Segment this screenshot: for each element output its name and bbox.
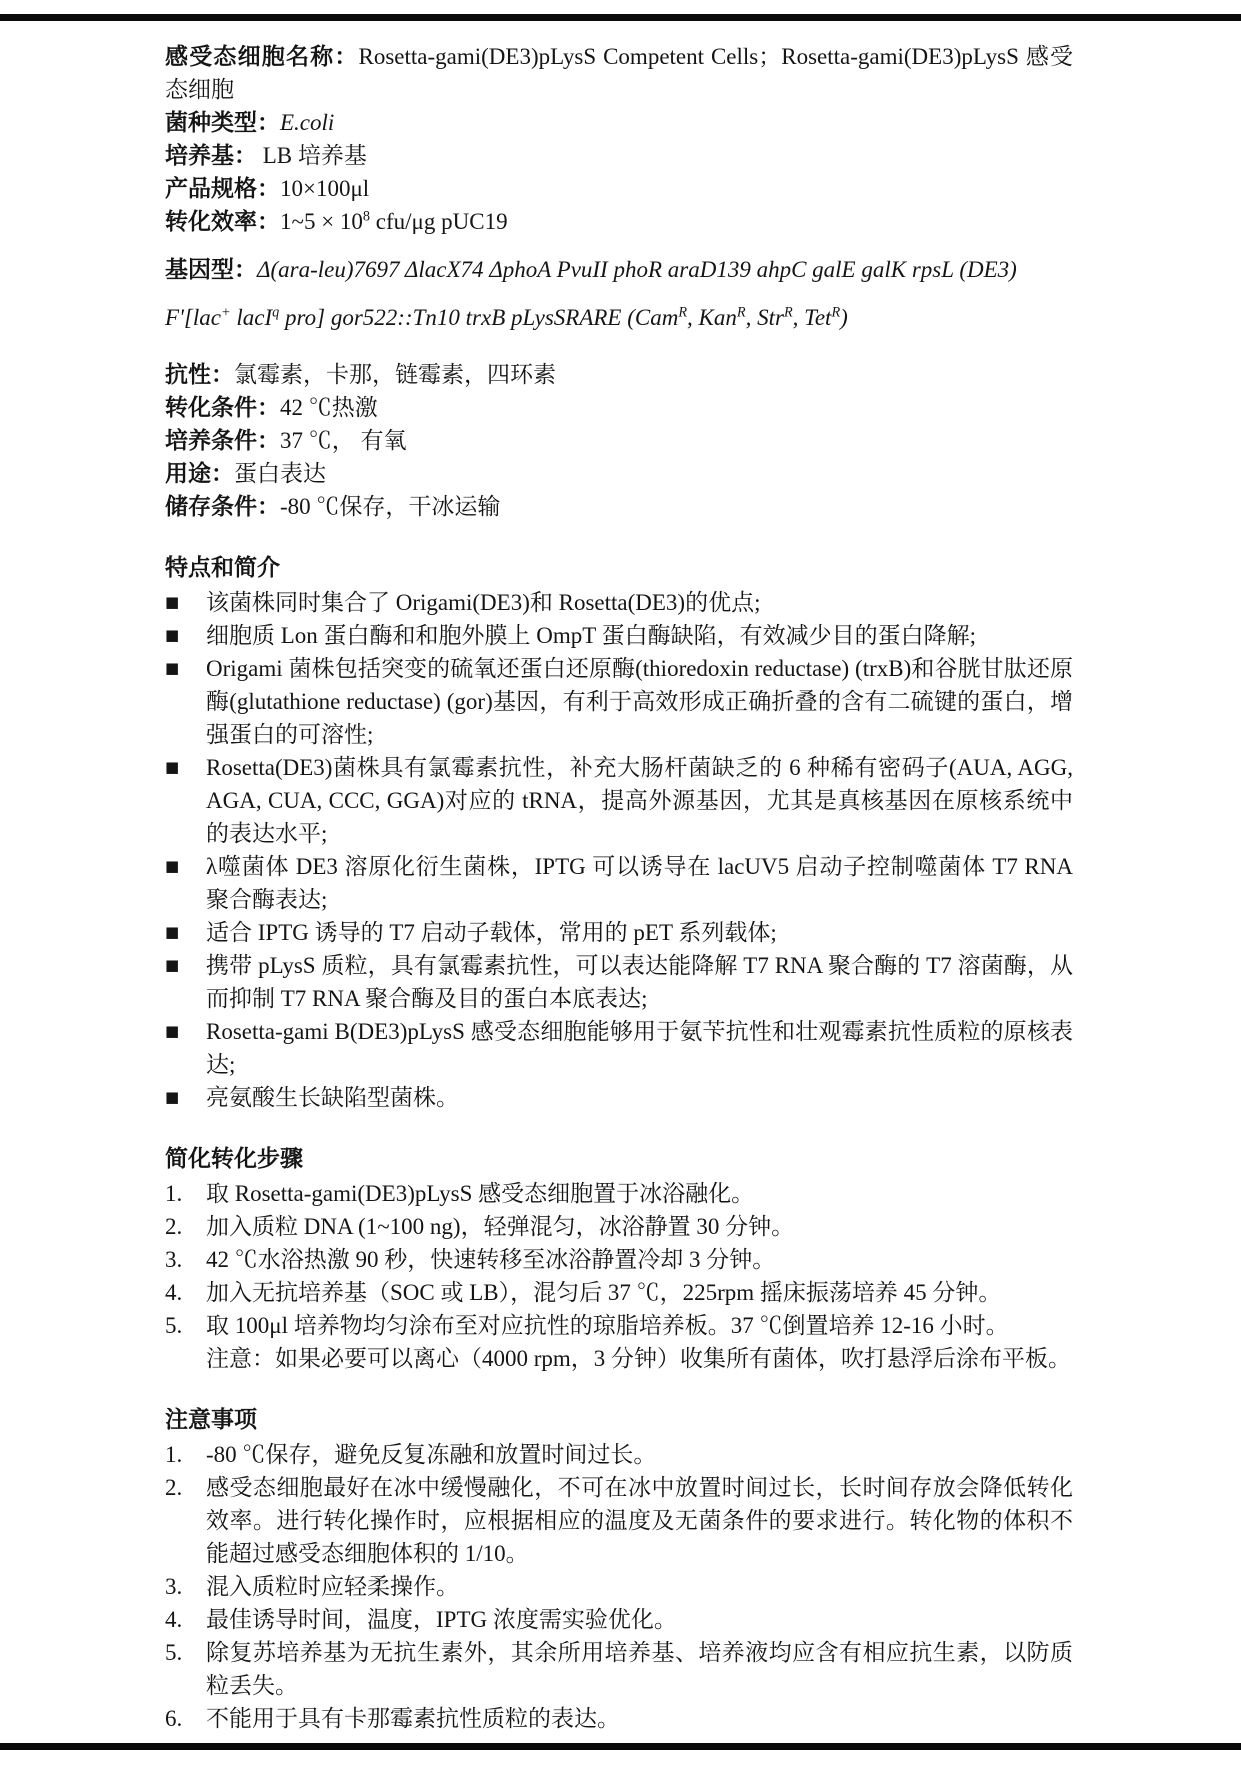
list-item-number: 5. bbox=[165, 1636, 206, 1669]
list-item-text: 感受态细胞最好在冰中缓慢融化，不可在冰中放置时间过长，长时间存放会降低转化效率。… bbox=[206, 1471, 1073, 1570]
feature-item: ■ 该菌株同时集合了 Origami(DE3)和 Rosetta(DE3)的优点… bbox=[165, 586, 1073, 619]
info-field-label: 转化效率： bbox=[165, 208, 280, 234]
feature-item: ■ λ噬菌体 DE3 溶原化衍生菌株，IPTG 可以诱导在 lacUV5 启动子… bbox=[165, 850, 1073, 916]
features-list: ■ 该菌株同时集合了 Origami(DE3)和 Rosetta(DE3)的优点… bbox=[165, 586, 1073, 1114]
bullet-square-icon: ■ bbox=[165, 850, 206, 883]
info-field-value: 1~5 × 108 cfu/μg pUC19 bbox=[280, 209, 508, 234]
info-field: 感受态细胞名称：Rosetta-gami(DE3)pLysS Competent… bbox=[165, 40, 1073, 106]
info-field-value: -80 ℃保存，干冰运输 bbox=[280, 494, 500, 519]
genotype-line2: F'[lac+ lacIq pro] gor522::Tn10 trxB pLy… bbox=[165, 301, 1073, 334]
list-item-number: 1. bbox=[165, 1438, 206, 1471]
steps-list: 1. 取 Rosetta-gami(DE3)pLysS 感受态细胞置于冰浴融化。… bbox=[165, 1177, 1073, 1375]
product-info-top: 感受态细胞名称：Rosetta-gami(DE3)pLysS Competent… bbox=[165, 40, 1073, 238]
info-field: 储存条件：-80 ℃保存，干冰运输 bbox=[165, 490, 1073, 523]
list-item-text: 加入质粒 DNA (1~100 ng)，轻弹混匀，冰浴静置 30 分钟。 bbox=[206, 1210, 1073, 1243]
genotype-field: 基因型：Δ(ara-leu)7697 ΔlacX74 ΔphoA PvuII p… bbox=[165, 253, 1073, 286]
list-item-text: 加入无抗培养基（SOC 或 LB），混匀后 37 ℃，225rpm 摇床振荡培养… bbox=[206, 1276, 1073, 1309]
list-item-number: 3. bbox=[165, 1243, 206, 1276]
list-item-number: 2. bbox=[165, 1471, 206, 1504]
info-field: 产品规格：10×100μl bbox=[165, 172, 1073, 205]
info-field-value: LB 培养基 bbox=[257, 143, 367, 168]
list-item-number: 4. bbox=[165, 1276, 206, 1309]
list-item-number: 4. bbox=[165, 1603, 206, 1636]
list-item-number: 2. bbox=[165, 1210, 206, 1243]
feature-item-text: 携带 pLysS 质粒，具有氯霉素抗性，可以表达能降解 T7 RNA 聚合酶的 … bbox=[206, 949, 1073, 1015]
bullet-square-icon: ■ bbox=[165, 751, 206, 784]
list-item-number: 1. bbox=[165, 1177, 206, 1210]
feature-item-text: 细胞质 Lon 蛋白酶和和胞外膜上 OmpT 蛋白酶缺陷，有效减少目的蛋白降解; bbox=[206, 619, 1073, 652]
list-item: 注意：如果必要可以离心（4000 rpm，3 分钟）收集所有菌体，吹打悬浮后涂布… bbox=[165, 1342, 1073, 1375]
list-item: 6. 不能用于具有卡那霉素抗性质粒的表达。 bbox=[165, 1702, 1073, 1735]
list-item: 5. 除复苏培养基为无抗生素外，其余所用培养基、培养液均应含有相应抗生素，以防质… bbox=[165, 1636, 1073, 1702]
feature-item: ■ Rosetta-gami B(DE3)pLysS 感受态细胞能够用于氨苄抗性… bbox=[165, 1015, 1073, 1081]
genotype-value: Δ(ara-leu)7697 ΔlacX74 ΔphoA PvuII phoR … bbox=[257, 257, 1017, 282]
top-border-rule bbox=[0, 14, 1241, 21]
list-item: 4. 最佳诱导时间，温度，IPTG 浓度需实验优化。 bbox=[165, 1603, 1073, 1636]
list-item: 3. 42 ℃水浴热激 90 秒，快速转移至冰浴静置冷却 3 分钟。 bbox=[165, 1243, 1073, 1276]
section-notes: 注意事项 1. -80 ℃保存，避免反复冻融和放置时间过长。 2. 感受态细胞最… bbox=[165, 1403, 1073, 1735]
info-field: 用途：蛋白表达 bbox=[165, 457, 1073, 490]
feature-item-text: 亮氨酸生长缺陷型菌株。 bbox=[206, 1081, 1073, 1114]
info-field-label: 培养条件： bbox=[165, 427, 280, 453]
bottom-border-rule bbox=[0, 1743, 1241, 1750]
feature-item-text: Rosetta-gami B(DE3)pLysS 感受态细胞能够用于氨苄抗性和壮… bbox=[206, 1015, 1073, 1081]
list-item-text: 混入质粒时应轻柔操作。 bbox=[206, 1570, 1073, 1603]
document-page: 感受态细胞名称：Rosetta-gami(DE3)pLysS Competent… bbox=[0, 0, 1241, 1765]
list-item: 5. 取 100μl 培养物均匀涂布至对应抗性的琼脂培养板。37 ℃倒置培养 1… bbox=[165, 1309, 1073, 1342]
list-item-text: 不能用于具有卡那霉素抗性质粒的表达。 bbox=[206, 1702, 1073, 1735]
info-field-label: 用途： bbox=[165, 460, 234, 486]
info-field-value: 42 ℃热激 bbox=[280, 395, 378, 420]
list-item-text: 最佳诱导时间，温度，IPTG 浓度需实验优化。 bbox=[206, 1603, 1073, 1636]
list-item-text: 42 ℃水浴热激 90 秒，快速转移至冰浴静置冷却 3 分钟。 bbox=[206, 1243, 1073, 1276]
info-field: 培养条件：37 ℃， 有氧 bbox=[165, 424, 1073, 457]
notes-heading: 注意事项 bbox=[165, 1403, 1073, 1436]
bullet-square-icon: ■ bbox=[165, 949, 206, 982]
feature-item: ■ 细胞质 Lon 蛋白酶和和胞外膜上 OmpT 蛋白酶缺陷，有效减少目的蛋白降… bbox=[165, 619, 1073, 652]
feature-item: ■ 适合 IPTG 诱导的 T7 启动子载体，常用的 pET 系列载体; bbox=[165, 916, 1073, 949]
info-field-value: 37 ℃， 有氧 bbox=[280, 428, 407, 453]
info-field-label: 感受态细胞名称： bbox=[165, 43, 359, 69]
info-field-value: E.coli bbox=[280, 110, 334, 135]
feature-item: ■ 亮氨酸生长缺陷型菌株。 bbox=[165, 1081, 1073, 1114]
info-field: 培养基： LB 培养基 bbox=[165, 139, 1073, 172]
info-field-label: 转化条件： bbox=[165, 394, 280, 420]
list-item: 2. 感受态细胞最好在冰中缓慢融化，不可在冰中放置时间过长，长时间存放会降低转化… bbox=[165, 1471, 1073, 1570]
feature-item-text: 适合 IPTG 诱导的 T7 启动子载体，常用的 pET 系列载体; bbox=[206, 916, 1073, 949]
feature-item: ■ 携带 pLysS 质粒，具有氯霉素抗性，可以表达能降解 T7 RNA 聚合酶… bbox=[165, 949, 1073, 1015]
list-item: 3. 混入质粒时应轻柔操作。 bbox=[165, 1570, 1073, 1603]
genotype-label: 基因型： bbox=[165, 256, 257, 282]
info-field: 菌种类型：E.coli bbox=[165, 106, 1073, 139]
bullet-square-icon: ■ bbox=[165, 1081, 206, 1114]
steps-heading: 简化转化步骤 bbox=[165, 1142, 1073, 1175]
list-item: 1. 取 Rosetta-gami(DE3)pLysS 感受态细胞置于冰浴融化。 bbox=[165, 1177, 1073, 1210]
genotype-line2-value: F'[lac+ lacIq pro] gor522::Tn10 trxB pLy… bbox=[165, 305, 848, 330]
bullet-square-icon: ■ bbox=[165, 586, 206, 619]
info-field-label: 抗性： bbox=[165, 361, 234, 387]
features-heading: 特点和简介 bbox=[165, 551, 1073, 584]
list-item-number: 3. bbox=[165, 1570, 206, 1603]
list-item-number: 5. bbox=[165, 1309, 206, 1342]
section-steps: 简化转化步骤 1. 取 Rosetta-gami(DE3)pLysS 感受态细胞… bbox=[165, 1142, 1073, 1375]
bullet-square-icon: ■ bbox=[165, 619, 206, 652]
notes-list: 1. -80 ℃保存，避免反复冻融和放置时间过长。 2. 感受态细胞最好在冰中缓… bbox=[165, 1438, 1073, 1735]
list-item: 1. -80 ℃保存，避免反复冻融和放置时间过长。 bbox=[165, 1438, 1073, 1471]
list-item-number: 6. bbox=[165, 1702, 206, 1735]
bullet-square-icon: ■ bbox=[165, 652, 206, 685]
list-item-text: -80 ℃保存，避免反复冻融和放置时间过长。 bbox=[206, 1438, 1073, 1471]
list-item-text: 取 100μl 培养物均匀涂布至对应抗性的琼脂培养板。37 ℃倒置培养 12-1… bbox=[206, 1309, 1073, 1342]
info-field-value: 氯霉素，卡那，链霉素，四环素 bbox=[234, 362, 556, 387]
info-field-label: 培养基： bbox=[165, 142, 257, 168]
list-item-text: 取 Rosetta-gami(DE3)pLysS 感受态细胞置于冰浴融化。 bbox=[206, 1177, 1073, 1210]
bullet-square-icon: ■ bbox=[165, 916, 206, 949]
product-info-bottom: 抗性：氯霉素，卡那，链霉素，四环素 转化条件：42 ℃热激 培养条件：37 ℃，… bbox=[165, 358, 1073, 523]
list-item: 2. 加入质粒 DNA (1~100 ng)，轻弹混匀，冰浴静置 30 分钟。 bbox=[165, 1210, 1073, 1243]
info-field-value: 蛋白表达 bbox=[234, 461, 326, 486]
info-field-label: 菌种类型： bbox=[165, 109, 280, 135]
feature-item-text: 该菌株同时集合了 Origami(DE3)和 Rosetta(DE3)的优点; bbox=[206, 586, 1073, 619]
list-item-text: 注意：如果必要可以离心（4000 rpm，3 分钟）收集所有菌体，吹打悬浮后涂布… bbox=[206, 1342, 1073, 1375]
list-item-text: 除复苏培养基为无抗生素外，其余所用培养基、培养液均应含有相应抗生素，以防质粒丢失… bbox=[206, 1636, 1073, 1702]
info-field-value: 10×100μl bbox=[280, 176, 369, 201]
section-features: 特点和简介 ■ 该菌株同时集合了 Origami(DE3)和 Rosetta(D… bbox=[165, 551, 1073, 1114]
info-field: 转化条件：42 ℃热激 bbox=[165, 391, 1073, 424]
info-field-label: 产品规格： bbox=[165, 175, 280, 201]
feature-item: ■ Origami 菌株包括突变的硫氧还蛋白还原酶(thioredoxin re… bbox=[165, 652, 1073, 751]
feature-item-text: λ噬菌体 DE3 溶原化衍生菌株，IPTG 可以诱导在 lacUV5 启动子控制… bbox=[206, 850, 1073, 916]
list-item: 4. 加入无抗培养基（SOC 或 LB），混匀后 37 ℃，225rpm 摇床振… bbox=[165, 1276, 1073, 1309]
feature-item-text: Origami 菌株包括突变的硫氧还蛋白还原酶(thioredoxin redu… bbox=[206, 652, 1073, 751]
info-field: 抗性：氯霉素，卡那，链霉素，四环素 bbox=[165, 358, 1073, 391]
info-field: 转化效率：1~5 × 108 cfu/μg pUC19 bbox=[165, 205, 1073, 238]
feature-item: ■ Rosetta(DE3)菌株具有氯霉素抗性，补充大肠杆菌缺乏的 6 种稀有密… bbox=[165, 751, 1073, 850]
bullet-square-icon: ■ bbox=[165, 1015, 206, 1048]
document-content: 感受态细胞名称：Rosetta-gami(DE3)pLysS Competent… bbox=[165, 40, 1073, 1735]
info-field-label: 储存条件： bbox=[165, 493, 280, 519]
feature-item-text: Rosetta(DE3)菌株具有氯霉素抗性，补充大肠杆菌缺乏的 6 种稀有密码子… bbox=[206, 751, 1073, 850]
